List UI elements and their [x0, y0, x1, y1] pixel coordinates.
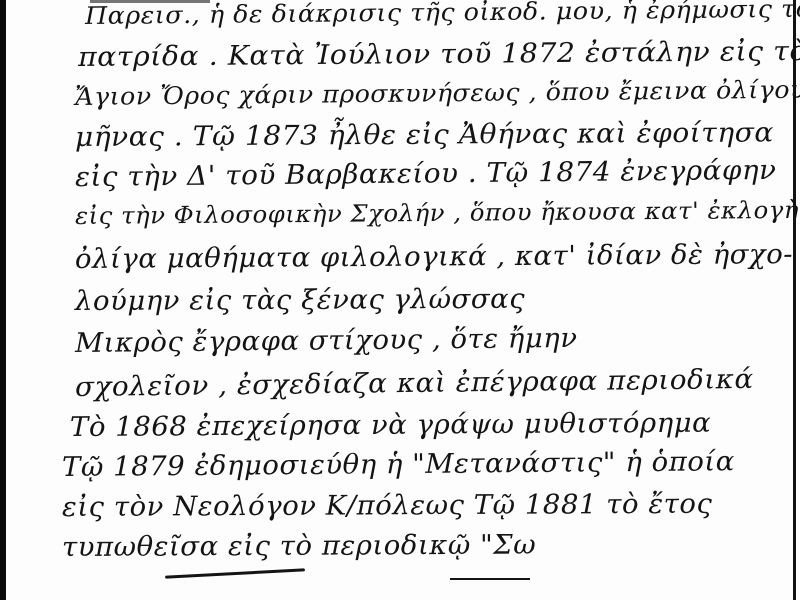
manuscript-line: Τῷ 1879 ἐδημοσιεύθη ἡ "Μετανάστις" ἡ ὁπο…	[62, 446, 735, 483]
manuscript-line: εἰς τὸν Νεολόγον Κ/πόλεως Τῷ 1881 τὸ ἔτο…	[62, 489, 713, 523]
underline-mark	[165, 568, 305, 578]
manuscript-line: Ἄγιον Ὄρος χάριν προσκυνήσεως , ὅπου ἔμε…	[75, 74, 800, 111]
manuscript-line: λούμην εἰς τὰς ξένας γλώσσας	[75, 284, 525, 317]
manuscript-line: πατρίδα . Κατὰ Ἰούλιον τοῦ 1872 ἐστάλην …	[78, 36, 800, 73]
manuscript-line: Τὸ 1868 ἐπεχείρησα νὰ γράψω μυθιστόρημα	[70, 408, 711, 443]
manuscript-line: μῆνας . Τῷ 1873 ἦλθε εἰς Ἀθήνας καὶ ἐφοί…	[75, 117, 774, 153]
manuscript-line: Παρεισ., ἡ δε διάκρισις τῆς οἰκοδ. μου, …	[85, 0, 800, 30]
manuscript-line: εἰς τὴν Φιλοσοφικὴν Σχολήν , ὅπου ἤκουσα…	[75, 196, 800, 230]
manuscript-line: τυπωθεῖσα εἰς τὸ περιοδικῷ "Σω	[62, 530, 536, 563]
manuscript-line: εἰς τὴν Δ' τοῦ Βαρβακείου . Τῷ 1874 ἐνεγ…	[75, 155, 777, 193]
manuscript-line: σχολεῖον , ἐσχεδίαζα καὶ ἐπέγραφα περιοδ…	[75, 364, 754, 403]
strikethrough-mark	[450, 578, 530, 580]
manuscript-line: Μικρὸς ἔγραφα στίχους , ὅτε ἤμην	[75, 323, 578, 359]
manuscript-page: Παρεισ., ἡ δε διάκρισις τῆς οἰκοδ. μου, …	[0, 0, 800, 600]
handwritten-text-block: Παρεισ., ἡ δε διάκρισις τῆς οἰκοδ. μου, …	[0, 0, 800, 600]
manuscript-line: ὀλίγα μαθήματα φιλολογικά , κατ' ἰδίαν δ…	[75, 239, 793, 275]
